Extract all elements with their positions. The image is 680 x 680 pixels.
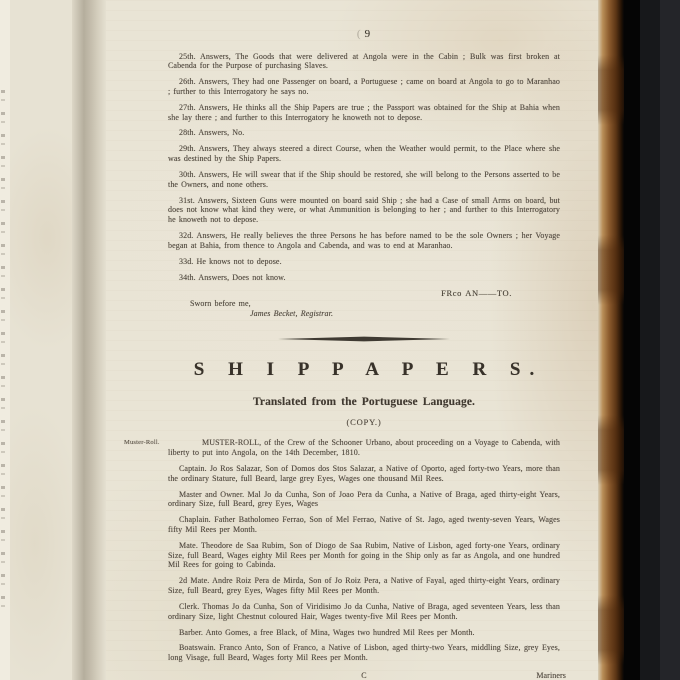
ship-papers-subtitle: Translated from the Portuguese Language. <box>168 395 560 409</box>
crew-list: Captain. Jo Ros Salazar, Son of Domos do… <box>168 464 560 663</box>
muster-roll-section: Muster-Roll. MUSTER-ROLL, of the Crew of… <box>168 438 560 458</box>
margin-note-muster-roll: Muster-Roll. <box>124 439 160 447</box>
muster-roll-intro: MUSTER-ROLL, of the Crew of the Schooner… <box>168 438 560 458</box>
ship-papers-title: S H I P P A P E R S. <box>168 358 560 381</box>
answers-section: 25th. Answers, The Goods that were deliv… <box>168 52 560 283</box>
answer-paragraph-33d: 33d. He knows not to depose. <box>168 257 560 267</box>
attestation-block: FRco AN——TO. Sworn before me, James Beck… <box>168 288 560 322</box>
answer-paragraph-25th: 25th. Answers, The Goods that were deliv… <box>168 52 560 72</box>
catchword: Mariners <box>536 671 566 680</box>
adjacent-page-edge <box>0 0 10 680</box>
left-page-margin-area <box>10 0 72 680</box>
deponent-signature: FRco AN——TO. <box>441 288 512 298</box>
page-content: (9 25th. Answers, The Goods that were de… <box>168 28 560 680</box>
answer-paragraph-27th: 27th. Answers, He thinks all the Ship Pa… <box>168 103 560 123</box>
crew-entry-captain: Captain. Jo Ros Salazar, Son of Domos do… <box>168 464 560 484</box>
crew-entry-2d-mate: 2d Mate. Andre Roiz Pera de Mirda, Son o… <box>168 576 560 596</box>
crew-entry-boatswain: Boatswain. Franco Anto, Son of Franco, a… <box>168 643 560 663</box>
crew-entry-clerk: Clerk. Thomas Jo da Cunha, Son of Viridi… <box>168 602 560 622</box>
answer-paragraph-28th: 28th. Answers, No. <box>168 128 560 138</box>
crew-entry-barber: Barber. Anto Gomes, a free Black, of Min… <box>168 628 560 638</box>
crew-entry-master-and-owner: Master and Owner. Mal Jo da Cunha, Son o… <box>168 490 560 510</box>
background-right-bands <box>620 0 680 680</box>
answer-paragraph-34th: 34th. Answers, Does not know. <box>168 273 560 283</box>
book-gutter-fold <box>72 0 106 680</box>
answer-paragraph-26th: 26th. Answers, They had one Passenger on… <box>168 77 560 97</box>
page-deckle-edge <box>598 0 624 680</box>
page-number-paren: ( <box>357 28 362 40</box>
book-photo: (9 25th. Answers, The Goods that were de… <box>0 0 680 680</box>
registrar-signature: James Becket, Registrar. <box>250 309 333 319</box>
copy-note: (COPY.) <box>168 417 560 427</box>
swelled-rule-icon <box>278 336 450 342</box>
crew-entry-mate: Mate. Theodore de Saa Rubim, Son of Diog… <box>168 541 560 570</box>
answer-paragraph-31st: 31st. Answers, Sixteen Guns were mounted… <box>168 196 560 225</box>
crew-entry-chaplain: Chaplain. Father Batholomeo Ferrao, Son … <box>168 515 560 535</box>
page-footer: C Mariners <box>168 671 560 680</box>
sworn-before-me-line: Sworn before me, <box>190 299 251 309</box>
page-number: (9 <box>168 28 560 42</box>
signature-mark: C <box>361 671 366 680</box>
section-divider <box>168 335 560 345</box>
answer-paragraph-29th: 29th. Answers, They always steered a dir… <box>168 144 560 164</box>
page-number-value: 9 <box>365 28 372 40</box>
answer-paragraph-32d: 32d. Answers, He really believes the thr… <box>168 231 560 251</box>
answer-paragraph-30th: 30th. Answers, He will swear that if the… <box>168 170 560 190</box>
document-page: (9 25th. Answers, The Goods that were de… <box>106 0 598 680</box>
